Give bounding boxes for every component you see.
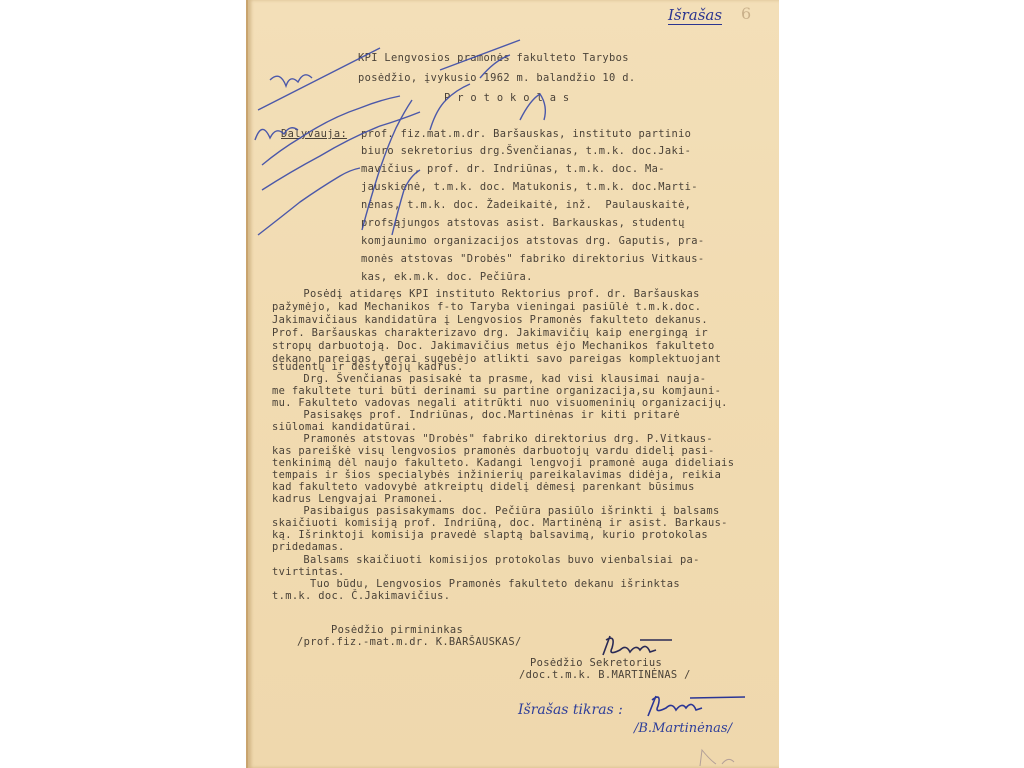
secretary-name: /doc.t.m.k. B.MARTINĖNAS / <box>519 670 691 682</box>
chairman-name: /prof.fiz.-mat.m.dr. K.BARŠAUSKAS/ <box>297 637 522 649</box>
participants-line: monės atstovas "Drobės" fabriko direktor… <box>361 254 705 266</box>
body-line: studentų ir dėstytojų kadrus. <box>272 362 464 374</box>
body-line: mu. Fakulteto vadovas negali atitrūkti n… <box>272 398 728 410</box>
participants-line: kas, ek.m.k. doc. Pečiūra. <box>361 272 533 284</box>
participants-line: nėnas, t.m.k. doc. Žadeikaitė, inž. Paul… <box>361 200 691 212</box>
body-line: ką. Išrinktoji komisija pravedė slaptą b… <box>272 530 708 542</box>
body-line: tenkinimą dėl naujo fakulteto. Kadangi l… <box>272 458 734 470</box>
chairman-role: Posėdžio pirmininkas <box>331 625 463 637</box>
participants-line: profsąjungos atstovas asist. Barkauskas,… <box>361 218 685 230</box>
body-line: kad fakulteto vadovybė atkreiptų didelį … <box>272 482 695 494</box>
certification-label: Išrašas tikras : <box>518 702 623 718</box>
body-line: Posėdį atidaręs KPI instituto Rektorius … <box>277 289 700 301</box>
body-line: kadrus Lengvajai Pramonei. <box>272 494 444 506</box>
body-line: Tuo būdu, Lengvosios Pramonės fakulteto … <box>277 579 680 591</box>
participants-line: jauskienė, t.m.k. doc. Matukonis, t.m.k.… <box>361 182 698 194</box>
participants-line: biuro sekretorius drg.Švenčianas, t.m.k.… <box>361 146 691 158</box>
body-line: skaičiuoti komisiją prof. Indriūną, doc.… <box>272 518 728 530</box>
body-line: tvirtintas. <box>272 567 345 579</box>
body-line: Drg. Švenčianas pasisakė ta prasme, kad … <box>277 374 706 386</box>
page-number: 6 <box>741 4 751 23</box>
participants-line: mavičius, prof. dr. Indriūnas, t.m.k. do… <box>361 164 665 176</box>
body-line: Balsams skaičiuoti komisijos protokolas … <box>277 555 700 567</box>
body-line: kas pareiškė visų lengvosios pramonės da… <box>272 446 715 458</box>
body-line: pridedamas. <box>272 542 345 554</box>
body-line: Jakimavičiaus kandidatūra į Lengvosios P… <box>272 315 708 327</box>
certification-name: /B.Martinėnas/ <box>634 721 732 736</box>
copy-mark: Išrašas <box>668 6 722 25</box>
body-line: stropų darbuotoją. Doc. Jakimavičius met… <box>272 341 715 353</box>
header-line-1: KPI Lengvosios pramonės fakulteto Tarybo… <box>358 53 629 65</box>
body-line: Prof. Baršauskas charakterizavo drg. Jak… <box>272 328 708 340</box>
body-line: me fakultete turi būti derinami su parti… <box>272 386 721 398</box>
header-line-2: posėdžio, įvykusio 1962 m. balandžio 10 … <box>358 73 635 85</box>
body-line: siūlomai kandidatūrai. <box>272 422 417 434</box>
body-line: Pramonės atstovas "Drobės" fabriko direk… <box>277 434 713 446</box>
body-line: Pasibaigus pasisakymams doc. Pečiūra pas… <box>277 506 720 518</box>
body-line: pažymėjo, kad Mechanikos f-to Taryba vie… <box>272 302 701 314</box>
body-line: Pasisakęs prof. Indriūnas, doc.Martinėna… <box>277 410 680 422</box>
participants-label: Dalyvauja: <box>281 129 347 141</box>
document-title: P r o t o k o l a s <box>444 93 570 105</box>
participants-line: komjaunimo organizacijos atstovas drg. G… <box>361 236 705 248</box>
body-line: tempais ir šios specialybės inžinierių p… <box>272 470 721 482</box>
secretary-role: Posėdžio Sekretorius <box>530 658 662 670</box>
participants-line: prof. fiz.mat.m.dr. Baršauskas, institut… <box>361 129 691 141</box>
body-line: t.m.k. doc. Č.Jakimavičius. <box>272 591 450 603</box>
